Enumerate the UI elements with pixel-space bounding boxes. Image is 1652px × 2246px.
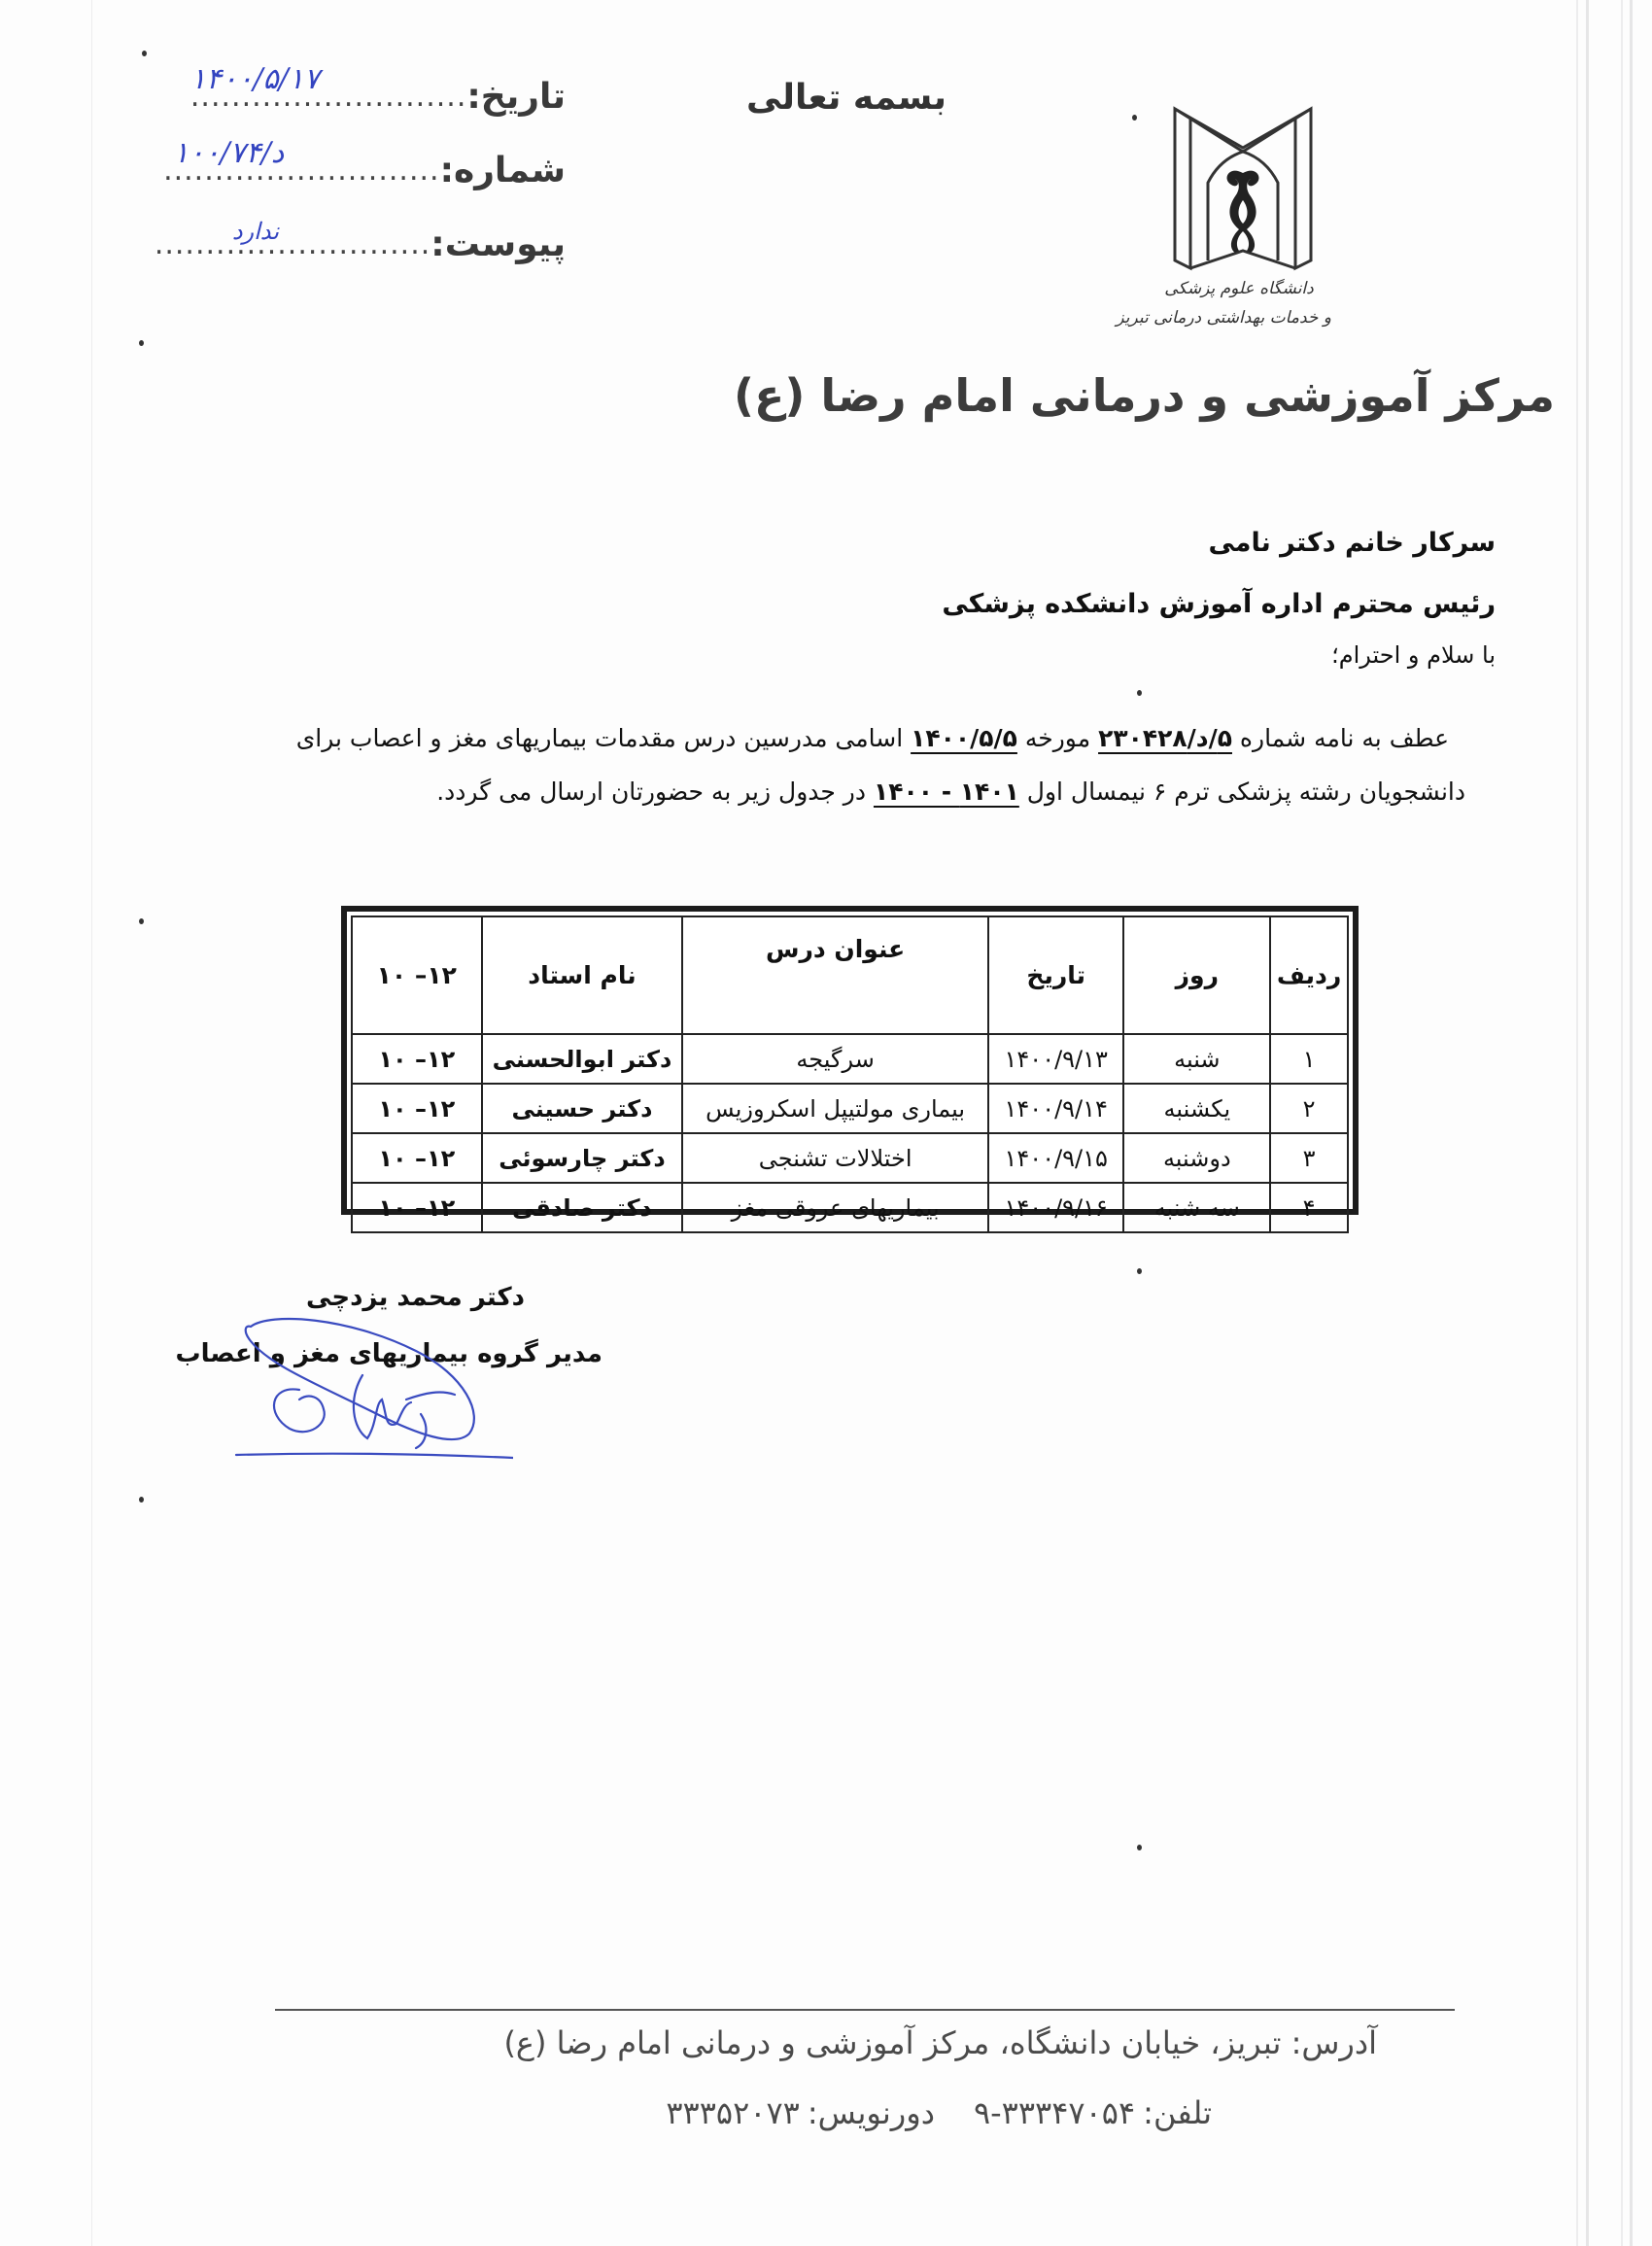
scan-speck <box>1137 690 1142 696</box>
scan-speck <box>1137 1845 1142 1850</box>
scan-streak <box>1621 0 1623 2246</box>
handwritten-signature-icon <box>231 1307 513 1463</box>
attachment-label: پیوست: <box>430 225 566 264</box>
phone-number: ۳۳۳۴۷۰۵۴-۹ <box>974 2094 1135 2131</box>
scan-speck <box>1137 1268 1142 1274</box>
cell-date: ۱۴۰۰/۹/۱۳ <box>988 1034 1124 1084</box>
header-course-title: عنوان درس <box>682 916 988 1034</box>
cell-course-title: بیماری مولتیپل اسکروزیس <box>682 1084 988 1133</box>
footer-contact: تلفن:۳۳۳۴۷۰۵۴-۹دورنویس:۳۳۳۵۲۰۷۳ <box>666 2094 1212 2131</box>
attachment-field: پیوست: ........................... ندارد <box>155 220 566 268</box>
cell-instructor: دکتر چارسوئی <box>482 1133 683 1183</box>
logo-caption: دانشگاه علوم پزشکی و خدمات بهداشتی درمان… <box>1147 274 1331 332</box>
bismillah-heading: بسمه تعالی <box>785 78 946 118</box>
university-emblem-icon <box>1171 105 1315 272</box>
header-row-no: ردیف <box>1270 916 1348 1034</box>
cell-course-title: سرگیجه <box>682 1034 988 1084</box>
footer-address: آدرس: تبریز، خیابان دانشگاه، مرکز آموزشی… <box>503 2024 1377 2061</box>
cell-time: ۱۲– ۱۰ <box>352 1183 482 1232</box>
header-date: تاریخ <box>988 916 1124 1034</box>
scan-speck <box>142 51 147 56</box>
number-field: شماره: ........................... ۱۰۰/د… <box>163 146 566 194</box>
cell-time: ۱۲– ۱۰ <box>352 1133 482 1183</box>
scan-streak <box>1586 0 1589 2246</box>
date-field: تاریخ: ........................... ۱۴۰۰/… <box>190 72 566 121</box>
cell-instructor: دکتر ابوالحسنی <box>482 1034 683 1084</box>
body-line-2: دانشجویان رشته پزشکی ترم ۶ نیمسال اول ۱۴… <box>436 765 1465 818</box>
academic-term: ۱۴۰۱ - ۱۴۰۰ <box>874 777 1019 806</box>
date-value: ۱۴۰۰/۵/۱۷ <box>190 62 320 96</box>
cell-course-title: اختلالات تشنجی <box>682 1133 988 1183</box>
scan-streak <box>91 0 92 2246</box>
cell-course-title: بیماریهای عروقی مغز <box>682 1183 988 1232</box>
scan-streak <box>1576 0 1578 2246</box>
scan-speck <box>139 1497 144 1503</box>
attachment-dots: ........................... ندارد <box>155 227 430 261</box>
table-header-row: ردیف روز تاریخ عنوان درس نام استاد ۱۲– ۱… <box>352 916 1348 1034</box>
reference-date: ۱۴۰۰/۵/۵ <box>911 724 1017 752</box>
scan-streak <box>1630 0 1633 2246</box>
reference-number: ۵/د/۲۳۰۴۲۸ <box>1098 724 1232 752</box>
greeting: با سلام و احترام؛ <box>1331 641 1496 669</box>
cell-instructor: دکتر حسینی <box>482 1084 683 1133</box>
header-day: روز <box>1123 916 1270 1034</box>
cell-day: سه شنبه <box>1123 1183 1270 1232</box>
table-row: ۳ دوشنبه ۱۴۰۰/۹/۱۵ اختلالات تشنجی دکتر چ… <box>352 1133 1348 1183</box>
cell-day: یکشنبه <box>1123 1084 1270 1133</box>
addressee-title: رئیس محترم اداره آموزش دانشکده پزشکی <box>942 589 1496 619</box>
cell-day: دوشنبه <box>1123 1133 1270 1183</box>
cell-time: ۱۲– ۱۰ <box>352 1034 482 1084</box>
body-line-1: عطف به نامه شماره ۵/د/۲۳۰۴۲۸ مورخه ۱۴۰۰/… <box>296 711 1449 765</box>
cell-row-no: ۴ <box>1270 1183 1348 1232</box>
date-dots: ........................... ۱۴۰۰/۵/۱۷ <box>190 80 466 114</box>
scan-speck <box>139 918 144 924</box>
fax-label: دورنویس: <box>808 2094 935 2131</box>
cell-time: ۱۲– ۱۰ <box>352 1084 482 1133</box>
header-time: ۱۲– ۱۰ <box>352 916 482 1034</box>
scan-speck <box>1132 115 1137 121</box>
number-value: ۱۰۰/د/۷۴ <box>173 136 284 170</box>
date-label: تاریخ: <box>466 77 566 117</box>
cell-row-no: ۱ <box>1270 1034 1348 1084</box>
cell-date: ۱۴۰۰/۹/۱۴ <box>988 1084 1124 1133</box>
phone-label: تلفن: <box>1143 2094 1212 2131</box>
table-row: ۲ یکشنبه ۱۴۰۰/۹/۱۴ بیماری مولتیپل اسکروز… <box>352 1084 1348 1133</box>
table-row: ۱ شنبه ۱۴۰۰/۹/۱۳ سرگیجه دکتر ابوالحسنی ۱… <box>352 1034 1348 1084</box>
cell-row-no: ۳ <box>1270 1133 1348 1183</box>
number-label: شماره: <box>440 151 566 190</box>
addressee-name: سرکار خانم دکتر نامی <box>1208 528 1496 558</box>
fax-number: ۳۳۳۵۲۰۷۳ <box>666 2094 800 2131</box>
cell-day: شنبه <box>1123 1034 1270 1084</box>
cell-instructor: دکتر صادقی <box>482 1183 683 1232</box>
number-dots: ........................... ۱۰۰/د/۷۴ <box>163 154 439 188</box>
header-instructor: نام استاد <box>482 916 683 1034</box>
organization-title: مرکز آموزشی و درمانی امام رضا (ع) <box>734 369 1555 422</box>
cell-date: ۱۴۰۰/۹/۱۵ <box>988 1133 1124 1183</box>
scan-speck <box>139 340 144 346</box>
schedule-table: ردیف روز تاریخ عنوان درس نام استاد ۱۲– ۱… <box>341 906 1359 1215</box>
table-row: ۴ سه شنبه ۱۴۰۰/۹/۱۶ بیماریهای عروقی مغز … <box>352 1183 1348 1232</box>
attachment-value: ندارد <box>232 218 279 245</box>
cell-date: ۱۴۰۰/۹/۱۶ <box>988 1183 1124 1232</box>
cell-row-no: ۲ <box>1270 1084 1348 1133</box>
footer-divider <box>275 2009 1455 2011</box>
